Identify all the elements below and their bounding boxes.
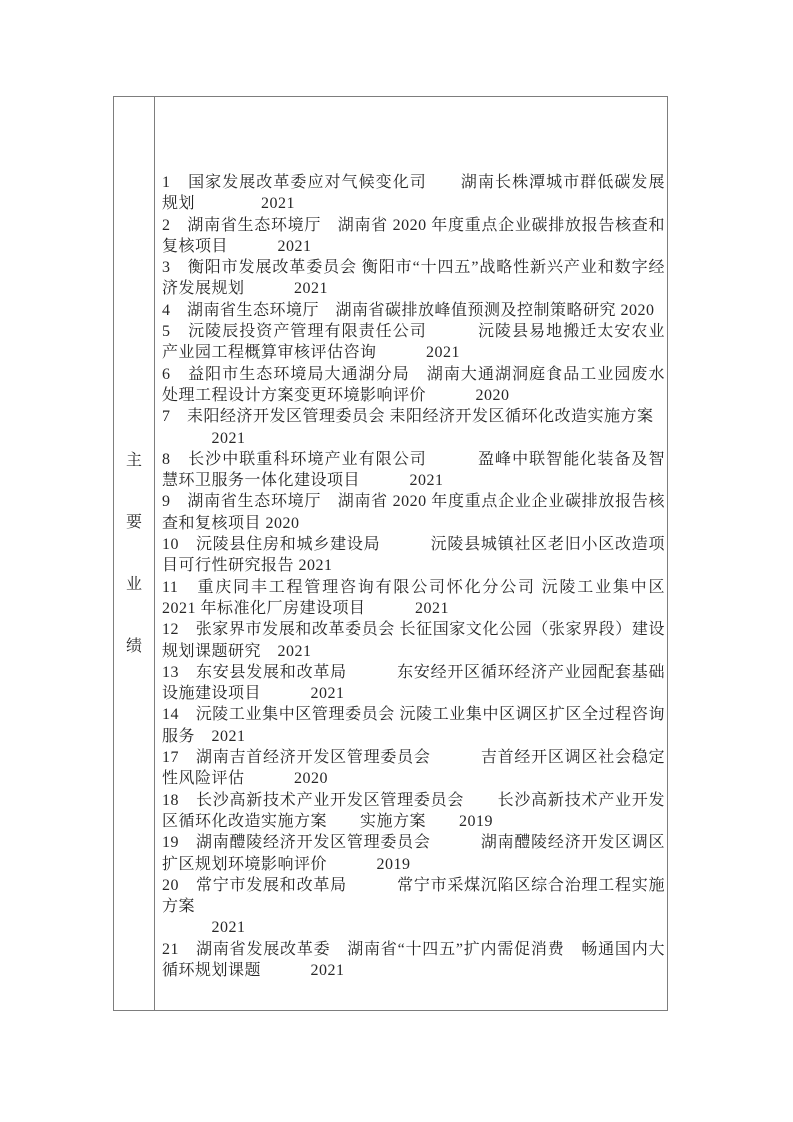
achievement-entry: 4 湖南省生态环境厅 湖南省碳排放峰值预测及控制策略研究 2020	[162, 300, 665, 321]
achievement-entry: 12 张家界市发展和改革委员会 长征国家文化公园（张家界段）建设规划课题研究 2…	[162, 619, 665, 662]
achievement-entry: 17 湖南吉首经济开发区管理委员会 吉首经开区调区社会稳定性风险评估 2020	[162, 747, 665, 790]
achievement-entry: 1 国家发展改革委应对气候变化司 湖南长株潭城市群低碳发展规划 2021	[162, 172, 665, 215]
row-header-char: 要	[126, 515, 142, 531]
achievement-entry: 13 东安县发展和改革局 东安经开区循环经济产业园配套基础设施建设项目 2021	[162, 662, 665, 705]
row-header-char: 主	[126, 453, 142, 469]
row-header-char: 业	[126, 577, 142, 593]
achievement-entry: 3 衡阳市发展改革委员会 衡阳市“十四五”战略性新兴产业和数字经济发展规划 20…	[162, 257, 665, 300]
achievements-table: 主 要 业 绩 1 国家发展改革委应对气候变化司 湖南长株潭城市群低碳发展规划 …	[113, 96, 668, 1011]
achievement-entry: 20 常宁市发展和改革局 常宁市采煤沉陷区综合治理工程实施方案 2021	[162, 875, 665, 939]
achievement-entry: 9 湖南省生态环境厅 湖南省 2020 年度重点企业企业碳排放报告核查和复核项目…	[162, 491, 665, 534]
achievement-entry: 21 湖南省发展改革委 湖南省“十四五”扩内需促消费 畅通国内大循环规划课题 2…	[162, 939, 665, 982]
achievements-list: 1 国家发展改革委应对气候变化司 湖南长株潭城市群低碳发展规划 2021 2 湖…	[155, 97, 667, 1010]
document-page: 主 要 业 绩 1 国家发展改革委应对气候变化司 湖南长株潭城市群低碳发展规划 …	[0, 0, 793, 1122]
achievement-entry: 19 湖南醴陵经济开发区管理委员会 湖南醴陵经济开发区调区扩区规划环境影响评价 …	[162, 832, 665, 875]
achievement-entry: 11 重庆同丰工程管理咨询有限公司怀化分公司 沅陵工业集中区 2021 年标准化…	[162, 577, 665, 620]
achievement-entry: 18 长沙高新技术产业开发区管理委员会 长沙高新技术产业开发区循环化改造实施方案…	[162, 790, 665, 833]
achievement-entry: 7 耒阳经济开发区管理委员会 耒阳经济开发区循环化改造实施方案 2021	[162, 406, 665, 449]
achievement-entry: 8 长沙中联重科环境产业有限公司 盈峰中联智能化装备及智慧环卫服务一体化建设项目…	[162, 449, 665, 492]
row-header-main-achievements: 主 要 业 绩	[114, 97, 155, 1010]
row-header-char: 绩	[126, 639, 142, 655]
achievement-entry: 14 沅陵工业集中区管理委员会 沅陵工业集中区调区扩区全过程咨询服务 2021	[162, 704, 665, 747]
achievement-entry: 6 益阳市生态环境局大通湖分局 湖南大通湖洞庭食品工业园废水处理工程设计方案变更…	[162, 364, 665, 407]
achievement-entry: 2 湖南省生态环境厅 湖南省 2020 年度重点企业碳排放报告核查和复核项目 2…	[162, 215, 665, 258]
achievement-entry: 10 沅陵县住房和城乡建设局 沅陵县城镇社区老旧小区改造项目可行性研究报告 20…	[162, 534, 665, 577]
achievement-entry: 5 沅陵辰投资产管理有限责任公司 沅陵县易地搬迁太安农业产业园工程概算审核评估咨…	[162, 321, 665, 364]
